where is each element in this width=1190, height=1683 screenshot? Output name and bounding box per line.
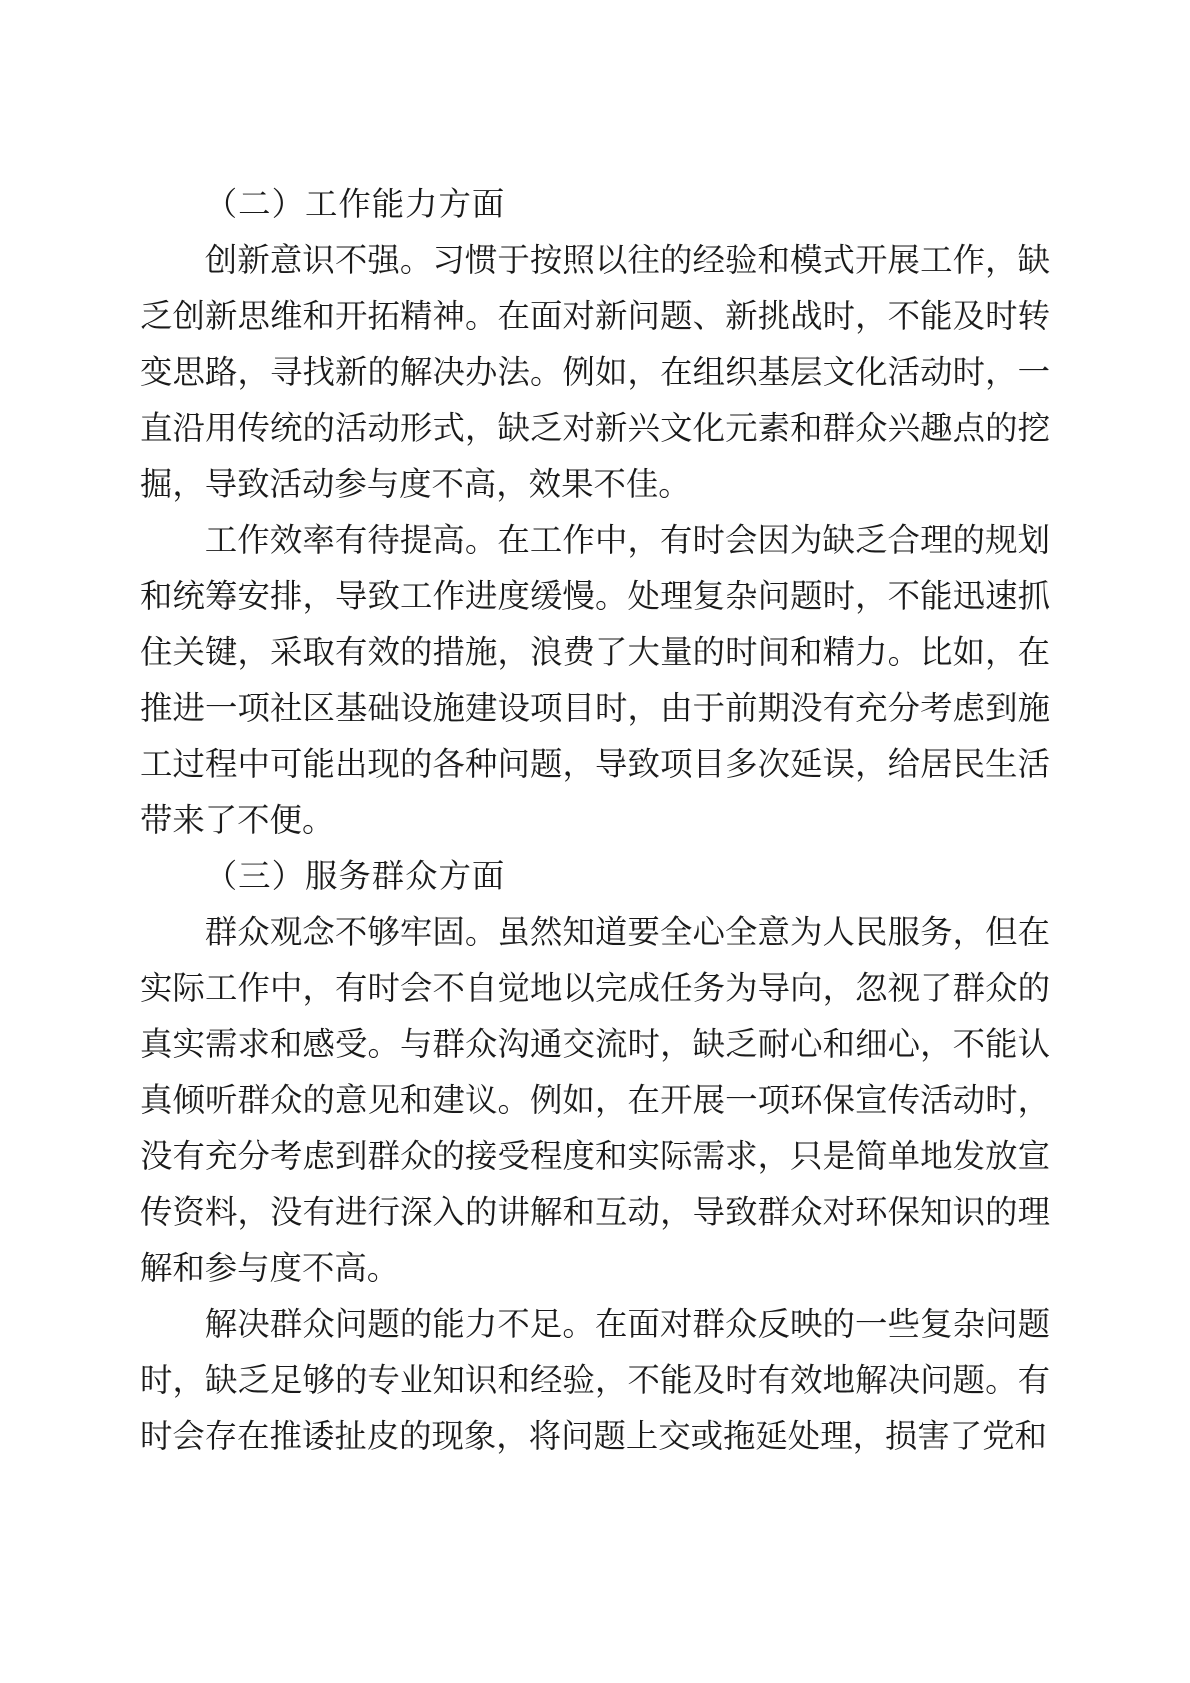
section-heading-work-ability: （二）工作能力方面 xyxy=(140,177,1050,233)
paragraph-work-efficiency: 工作效率有待提高。在工作中，有时会因为缺乏合理的规划和统筹安排，导致工作进度缓慢… xyxy=(140,513,1050,849)
document-page: （二）工作能力方面 创新意识不强。习惯于按照以往的经验和模式开展工作，缺乏创新思… xyxy=(0,0,1190,1683)
paragraph-mass-viewpoint: 群众观念不够牢固。虽然知道要全心全意为人民服务，但在实际工作中，有时会不自觉地以… xyxy=(140,905,1050,1297)
section-heading-serving-masses: （三）服务群众方面 xyxy=(140,849,1050,905)
paragraph-innovation-awareness: 创新意识不强。习惯于按照以往的经验和模式开展工作，缺乏创新思维和开拓精神。在面对… xyxy=(140,233,1050,513)
document-content: （二）工作能力方面 创新意识不强。习惯于按照以往的经验和模式开展工作，缺乏创新思… xyxy=(140,177,1050,1465)
paragraph-problem-solving-ability: 解决群众问题的能力不足。在面对群众反映的一些复杂问题时，缺乏足够的专业知识和经验… xyxy=(140,1297,1050,1465)
